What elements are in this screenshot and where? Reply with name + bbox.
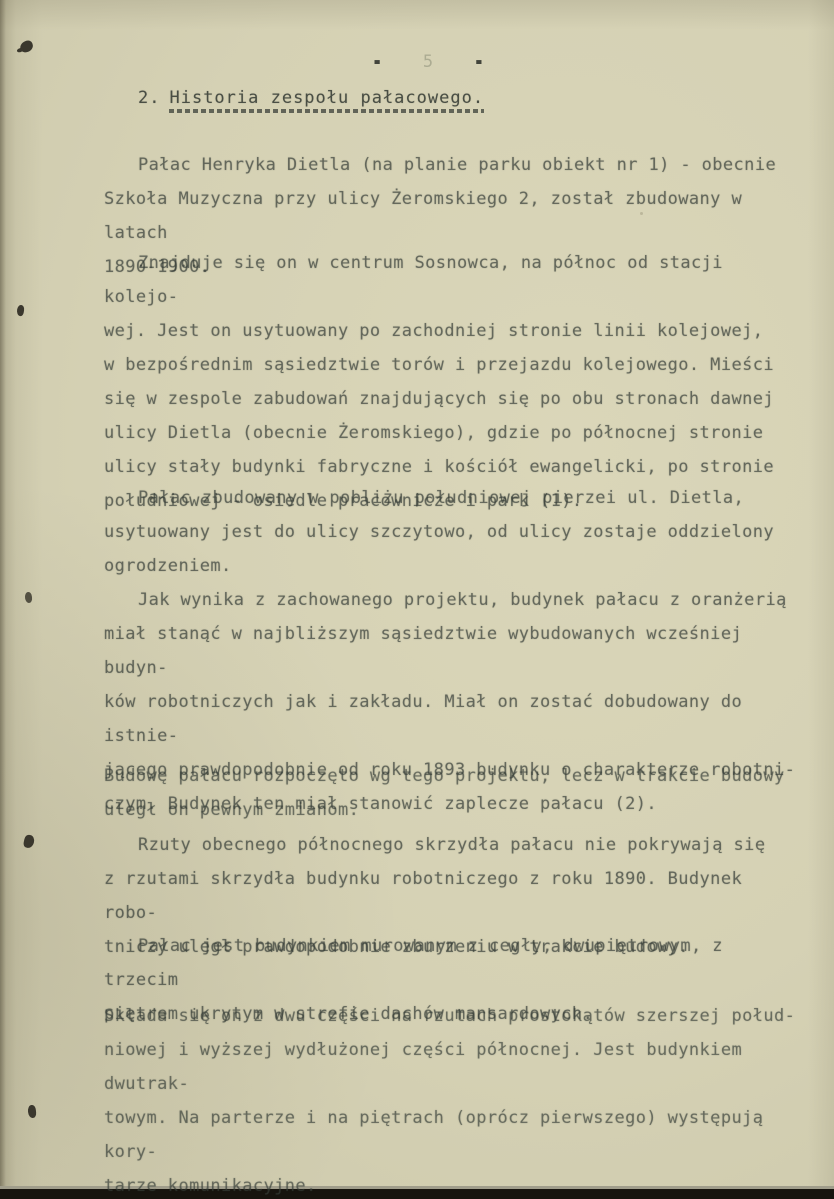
page-number-dash: - [474, 46, 484, 78]
paragraph: Znajduje się on w centrum Sosnowca, na p… [104, 246, 798, 518]
page-number: - 5 - [372, 52, 484, 72]
paragraph: Składa się on z dwu części na rzutach pr… [104, 999, 798, 1199]
section-title: Historia zespołu pałacowego. [169, 88, 484, 113]
paragraph: Pałac zbudowany w pobliżu południowej pi… [104, 481, 798, 583]
section-number: 2. [138, 88, 160, 108]
binding-ink-mark [27, 1105, 36, 1119]
paper-sheet: - 5 - 2.Historia zespołu pałacowego. Pał… [0, 0, 834, 1186]
binding-ink-mark [23, 834, 35, 849]
binding-ink-mark [19, 39, 35, 53]
binding-ink-mark [16, 304, 25, 316]
binding-ink-mark [24, 592, 32, 604]
scanned-page: - 5 - 2.Historia zespołu pałacowego. Pał… [0, 0, 834, 1199]
page-number-value: 5 [423, 52, 433, 72]
page-number-dash: - [372, 46, 382, 78]
section-heading: 2.Historia zespołu pałacowego. [138, 88, 484, 108]
paragraph: Budowę pałacu rozpoczęto wg tego projekt… [104, 759, 798, 827]
